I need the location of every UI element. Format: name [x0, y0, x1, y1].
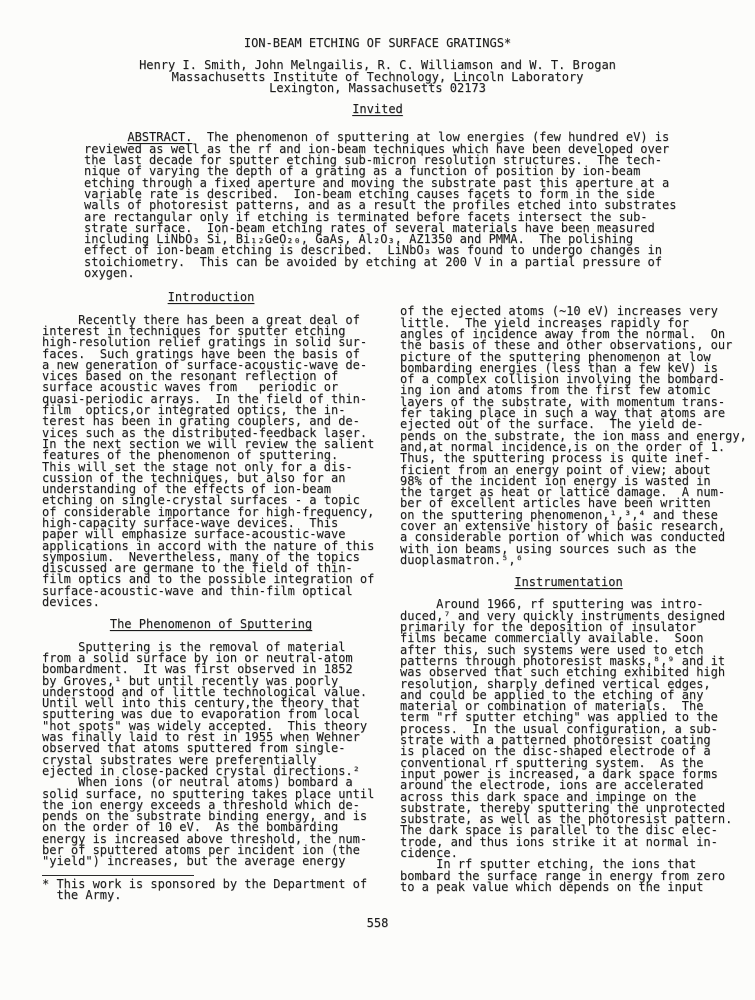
paper-title: ION-BEAM ETCHING OF SURFACE GRATINGS*	[0, 38, 755, 49]
section-heading-instrumentation: Instrumentation	[400, 577, 737, 588]
sponsorship-footnote: * This work is sponsored by the Departme…	[42, 879, 380, 902]
authors-block: Henry I. Smith, John Melngailis, R. C. W…	[0, 60, 755, 94]
right-column: of the ejected atoms (~10 eV) increases …	[400, 292, 737, 901]
sputtering-paragraph: Sputtering is the removal of material fr…	[42, 642, 380, 778]
section-heading-introduction: Introduction	[42, 292, 380, 303]
rf-sputter-etching-paragraph: In rf sputter etching, the ions that bom…	[400, 859, 737, 893]
introduction-paragraph: Recently there has been a great deal of …	[42, 315, 380, 609]
bombard-paragraph: When ions (or neutral atoms) bombard a s…	[42, 777, 380, 867]
invited-label: Invited	[0, 104, 755, 115]
abstract-paragraph: ABSTRACT. The phenomenon of sputtering a…	[84, 132, 694, 279]
instrumentation-paragraph: Around 1966, rf sputtering was intro- du…	[400, 599, 737, 859]
paper-page: ION-BEAM ETCHING OF SURFACE GRATINGS* He…	[0, 0, 755, 1000]
affiliation-line-2: Lexington, Massachusetts 02173	[0, 83, 755, 94]
two-column-body: Introduction Recently there has been a g…	[0, 292, 755, 901]
section-heading-phenomenon-of-sputtering: The Phenomenon of Sputtering	[42, 619, 380, 630]
paper-header: ION-BEAM ETCHING OF SURFACE GRATINGS* He…	[0, 38, 755, 115]
ejected-atoms-paragraph: of the ejected atoms (~10 eV) increases …	[400, 306, 737, 566]
footnote-divider	[42, 875, 194, 876]
abstract-body: reviewed as well as the rf and ion-beam …	[84, 142, 676, 280]
page-number: 558	[0, 916, 755, 930]
left-column: Introduction Recently there has been a g…	[42, 292, 380, 901]
